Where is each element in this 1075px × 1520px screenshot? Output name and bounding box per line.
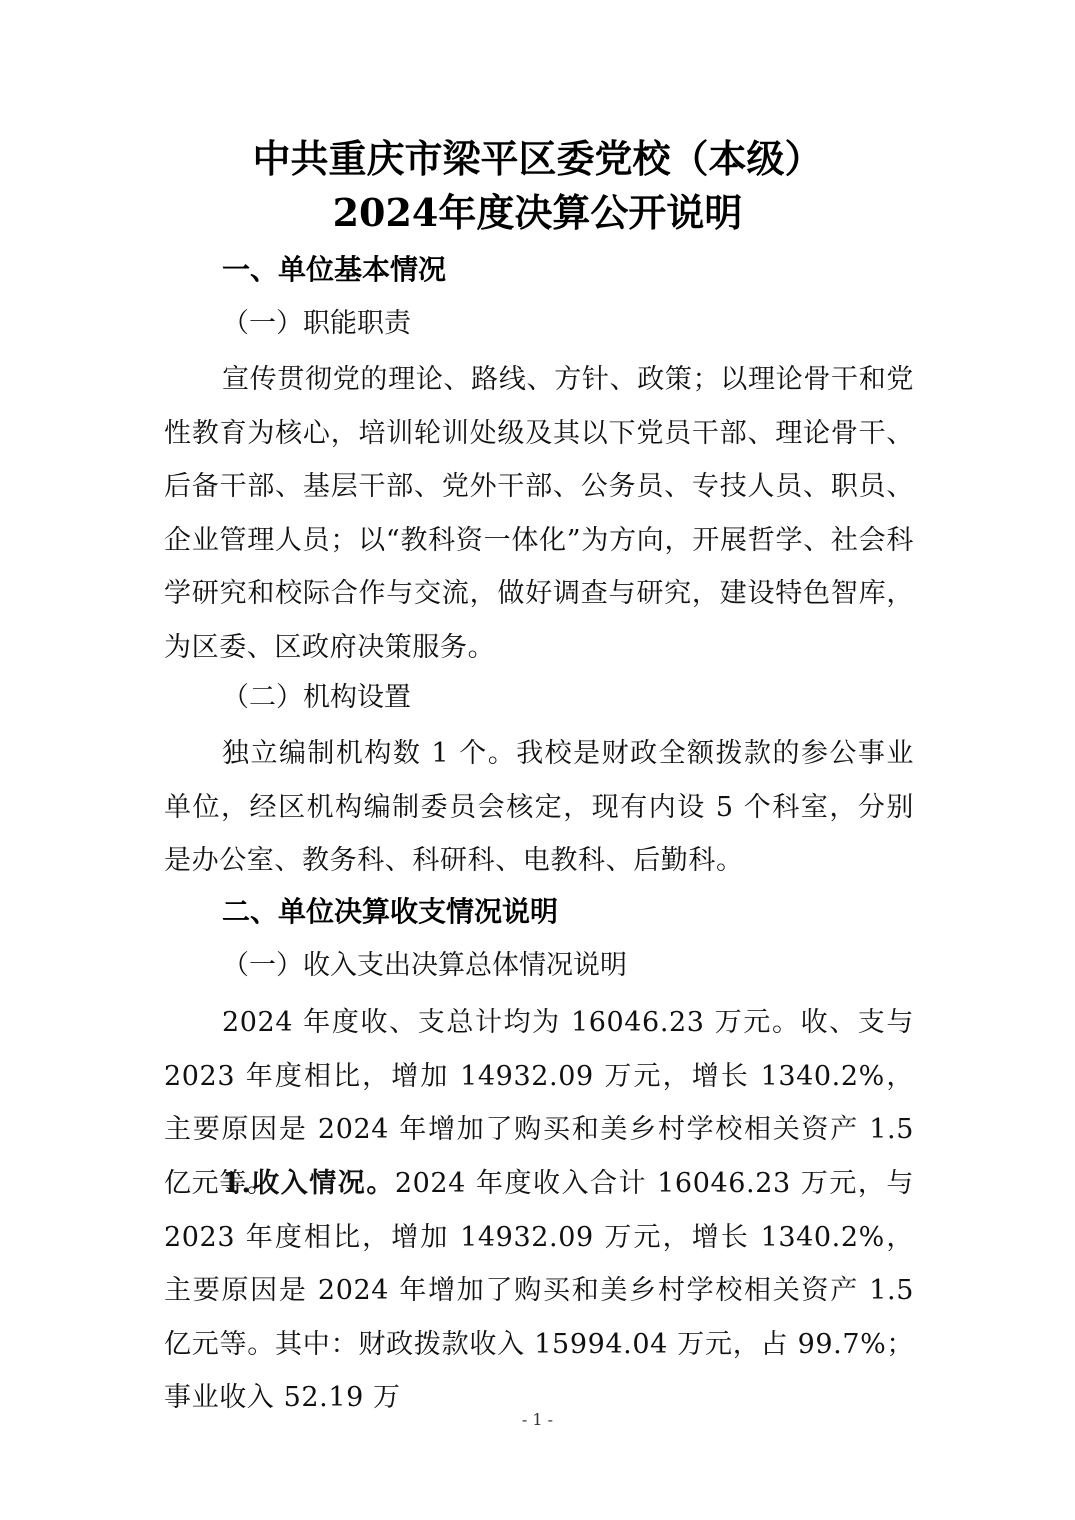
document-title-line1: 中共重庆市梁平区委党校（本级） (0, 136, 1075, 182)
page-number: - 1 - (0, 1410, 1075, 1429)
document-page: 中共重庆市梁平区委党校（本级） 2024年度决算公开说明 一、单位基本情况 （一… (0, 0, 1075, 1520)
subsection-heading-overall: （一）收入支出决算总体情况说明 (222, 948, 627, 984)
subsection-heading-functions: （一）职能职责 (222, 306, 411, 342)
document-title-line2: 2024年度决算公开说明 (0, 190, 1075, 236)
paragraph-functions: 宣传贯彻党的理论、路线、方针、政策；以理论骨干和党性教育为核心，培训轮训处级及其… (164, 353, 914, 674)
subsection-heading-organization: （二）机构设置 (222, 680, 411, 716)
section-heading-basic-info: 一、单位基本情况 (222, 252, 446, 288)
paragraph-income: 1.收入情况。2024 年度收入合计 16046.23 万元，与 2023 年度… (164, 1157, 914, 1425)
paragraph-organization: 独立编制机构数 1 个。我校是财政全额拨款的参公事业单位，经区机构编制委员会核定… (164, 727, 914, 888)
income-text: 2024 年度收入合计 16046.23 万元，与 2023 年度相比，增加 1… (164, 1168, 914, 1413)
income-label: 1.收入情况。 (222, 1168, 395, 1199)
section-heading-budget: 二、单位决算收支情况说明 (222, 894, 558, 930)
